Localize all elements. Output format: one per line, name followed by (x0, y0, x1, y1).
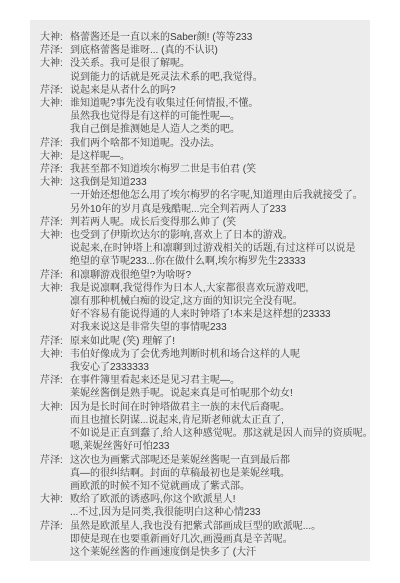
line-text: 嗯,莱妮丝酱好可怕233 (70, 440, 169, 453)
dialogue-line: 芹泽:和凛聊游戏很绝望?为啥呀? (40, 269, 366, 282)
line-text: 原来如此呢 (笑) 理解了! (70, 335, 175, 348)
speaker-label: 芹泽: (40, 335, 70, 348)
line-text: 莱妮丝酱倒是熟手呢。说起来真是可怕呢那个幼女! (70, 387, 293, 400)
dialogue-line: 大神:我是说凛啊,我觉得作为日本人,大家都很喜欢玩游戏吧, (40, 282, 366, 295)
speaker-label: 大神: (40, 57, 70, 70)
line-text: 不如说是正直到蠢了,给人这种感觉呢。那这就是因人而异的资质呢。 (70, 427, 373, 440)
line-text: 格蕾酱还是一直以来的Saber颜! (等等233 (70, 31, 252, 44)
dialogue-line: 大神:没关系。我可是很了解呢。 (40, 57, 366, 70)
dialogue-line: 另外10年的岁月真是残酷呢...完全判若两人了233 (40, 203, 366, 216)
line-text: 好不容易有能说得通的人来时钟塔了!本来是这样想的23333 (70, 308, 331, 321)
speaker-label: 大神: (40, 31, 70, 44)
dialogue-line: 大神:韦伯好像成为了会优秀地判断时机和场合这样的人呢 (40, 348, 366, 361)
dialogue-line: 我安心了2333333 (40, 361, 366, 374)
line-text: 因为是长时间在时钟塔做君主一族的末代后裔呢。 (70, 401, 290, 414)
line-text: 是这样呢—。 (70, 150, 130, 163)
dialogue-line: 画欧派的时候不知不觉就画成了紫式部。 (40, 480, 366, 493)
dialogue-line: 芹泽:我甚至都不知道埃尔梅罗二世是韦伯君 (笑 (40, 163, 366, 176)
dialogue-line: 凛有那种机械白痴的设定,这方面的知识完全没有呢。 (40, 295, 366, 308)
dialogue-line: 一开始还想他怎么用了埃尔梅罗的名字呢,知道理由后我就接受了。 (40, 189, 366, 202)
dialogue-line: 说起来,在时钟塔上和凛聊到过游戏相关的话题,有过这样可以说是 (40, 242, 366, 255)
speaker-label: 大神: (40, 493, 70, 506)
dialogue-line: 不如说是正直到蠢了,给人这种感觉呢。那这就是因人而异的资质呢。 (40, 427, 366, 440)
dialogue-line: 绝望的章节呢233...你在做什么啊,埃尔梅罗先生23333 (40, 255, 366, 268)
line-text: 一开始还想他怎么用了埃尔梅罗的名字呢,知道理由后我就接受了。 (70, 189, 363, 202)
line-text: 这个莱妮丝酱的作画速度倒是快多了 (大汗 (70, 546, 256, 559)
dialogue-line: 说到能力的话就是死灵法术系的吧,我觉得。 (40, 71, 366, 84)
dialogue-line: 大神:这我倒是知道233 (40, 176, 366, 189)
line-text: 我甚至都不知道埃尔梅罗二世是韦伯君 (笑 (70, 163, 256, 176)
dialogue-line: 莱妮丝酱倒是熟手呢。说起来真是可怕呢那个幼女! (40, 387, 366, 400)
dialogue-line: 芹泽:到底格蕾酱是谁呀... (真的不认识) (40, 44, 366, 57)
line-text: 虽然我也觉得是有这样的可能性呢—。 (70, 110, 240, 123)
speaker-label: 芹泽: (40, 216, 70, 229)
dialogue-line: 芹泽:判若两人呢。成长后变得那么帅了 (笑 (40, 216, 366, 229)
line-text: 这次也为画紫式部呢还是莱妮丝酱呢一直到最后都 (70, 454, 290, 467)
line-text: 绝望的章节呢233...你在做什么啊,埃尔梅罗先生23333 (70, 255, 306, 268)
dialogue-line: 虽然我也觉得是有这样的可能性呢—。 (40, 110, 366, 123)
dialogue-line: 我自己倒是推测她是人造人之类的吧。 (40, 123, 366, 136)
speaker-label: 大神: (40, 97, 70, 110)
speaker-label: 芹泽: (40, 44, 70, 57)
dialogue-line: 芹泽:说起来是从者什么的吗? (40, 84, 366, 97)
line-text: 即使是现在也要重新画好几次,画漫画真是辛苦呢。 (70, 533, 293, 546)
speaker-label: 芹泽: (40, 454, 70, 467)
line-text: 画欧派的时候不知不觉就画成了紫式部。 (70, 480, 250, 493)
line-text: 到底格蕾酱是谁呀... (真的不认识) (70, 44, 218, 57)
speaker-label: 大神: (40, 176, 70, 189)
line-text: 凛有那种机械白痴的设定,这方面的知识完全没有呢。 (70, 295, 303, 308)
dialogue-lines: 大神:格蕾酱还是一直以来的Saber颜! (等等233芹泽:到底格蕾酱是谁呀..… (40, 31, 366, 559)
speaker-label: 芹泽: (40, 374, 70, 387)
line-text: 也受到了伊斯坎达尔的影响,喜欢上了日本的游戏。 (70, 229, 293, 242)
line-text: 虽然是欧派星人,我也没有把紫式部画成巨型的欧派呢...。 (70, 520, 321, 533)
line-text: 我们两个啥都不知道呢。没办法。 (70, 137, 220, 150)
line-text: 这我倒是知道233 (70, 176, 147, 189)
line-text: 我安心了2333333 (70, 361, 149, 374)
speaker-label: 大神: (40, 282, 70, 295)
speaker-label: 芹泽: (40, 137, 70, 150)
speaker-label: 芹泽: (40, 520, 70, 533)
dialogue-line: 嗯,莱妮丝酱好可怕233 (40, 440, 366, 453)
line-text: 判若两人呢。成长后变得那么帅了 (笑 (70, 216, 236, 229)
dialogue-line: 对我来说这是非常失望的事情呢233 (40, 321, 366, 334)
speaker-label: 大神: (40, 401, 70, 414)
dialogue-line: 好不容易有能说得通的人来时钟塔了!本来是这样想的23333 (40, 308, 366, 321)
line-text: 韦伯好像成为了会优秀地判断时机和场合这样的人呢 (70, 348, 300, 361)
line-text: 而且也擅长阴谋...说起来,肯尼斯老师就太正直了, (70, 414, 284, 427)
dialogue-line: 大神:因为是长时间在时钟塔做君主一族的末代后裔呢。 (40, 401, 366, 414)
speaker-label: 大神: (40, 229, 70, 242)
line-text: 对我来说这是非常失望的事情呢233 (70, 321, 227, 334)
page-background: { "page": { "background_color": "#ffffff… (0, 0, 400, 583)
transcript-panel: 大神:格蕾酱还是一直以来的Saber颜! (等等233芹泽:到底格蕾酱是谁呀..… (30, 20, 370, 561)
dialogue-line: 而且也擅长阴谋...说起来,肯尼斯老师就太正直了, (40, 414, 366, 427)
line-text: 在事件簿里看起来还是见习君主呢—。 (70, 374, 240, 387)
line-text: 真—的很纠结啊。封面的草稿最初也是莱妮丝哦。 (70, 467, 290, 480)
dialogue-line: 即使是现在也要重新画好几次,画漫画真是辛苦呢。 (40, 533, 366, 546)
dialogue-line: 大神:也受到了伊斯坎达尔的影响,喜欢上了日本的游戏。 (40, 229, 366, 242)
dialogue-line: 大神:格蕾酱还是一直以来的Saber颜! (等等233 (40, 31, 366, 44)
dialogue-line: 大神:败给了欧派的诱惑吗,你这个欧派星人! (40, 493, 366, 506)
speaker-label: 芹泽: (40, 163, 70, 176)
dialogue-line: 大神:谁知道呢?事先没有收集过任何情报,不懂。 (40, 97, 366, 110)
speaker-label: 芹泽: (40, 269, 70, 282)
line-text: 说起来,在时钟塔上和凛聊到过游戏相关的话题,有过这样可以说是 (70, 242, 356, 255)
line-text: 说到能力的话就是死灵法术系的吧,我觉得。 (70, 71, 263, 84)
dialogue-line: 芹泽:这次也为画紫式部呢还是莱妮丝酱呢一直到最后都 (40, 454, 366, 467)
line-text: 和凛聊游戏很绝望?为啥呀? (70, 269, 191, 282)
dialogue-line: 芹泽:在事件簿里看起来还是见习君主呢—。 (40, 374, 366, 387)
line-text: 另外10年的岁月真是残酷呢...完全判若两人了233 (70, 203, 286, 216)
dialogue-line: 芹泽:我们两个啥都不知道呢。没办法。 (40, 137, 366, 150)
dialogue-line: 芹泽:虽然是欧派星人,我也没有把紫式部画成巨型的欧派呢...。 (40, 520, 366, 533)
line-text: 说起来是从者什么的吗? (70, 84, 176, 97)
speaker-label: 大神: (40, 348, 70, 361)
line-text: 谁知道呢?事先没有收集过任何情报,不懂。 (70, 97, 258, 110)
dialogue-line: 这个莱妮丝酱的作画速度倒是快多了 (大汗 (40, 546, 366, 559)
speaker-label: 芹泽: (40, 84, 70, 97)
line-text: 没关系。我可是很了解呢。 (70, 57, 190, 70)
speaker-label: 大神: (40, 150, 70, 163)
dialogue-line: ...不过,因为是同类,我很能明白这种心情233 (40, 506, 366, 519)
dialogue-line: 大神:是这样呢—。 (40, 150, 366, 163)
line-text: ...不过,因为是同类,我很能明白这种心情233 (70, 506, 261, 519)
line-text: 我是说凛啊,我觉得作为日本人,大家都很喜欢玩游戏吧, (70, 282, 308, 295)
dialogue-line: 芹泽:原来如此呢 (笑) 理解了! (40, 335, 366, 348)
line-text: 败给了欧派的诱惑吗,你这个欧派星人! (70, 493, 236, 506)
dialogue-line: 真—的很纠结啊。封面的草稿最初也是莱妮丝哦。 (40, 467, 366, 480)
line-text: 我自己倒是推测她是人造人之类的吧。 (70, 123, 240, 136)
